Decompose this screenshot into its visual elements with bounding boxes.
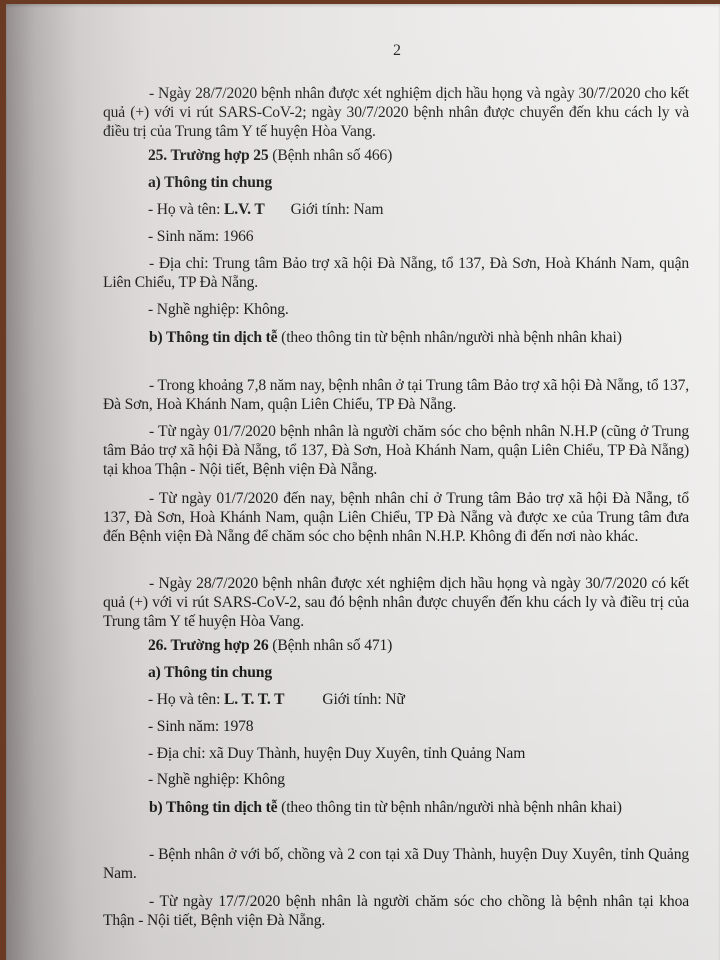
case-25-general-info-title: a) Thông tin chung [148,174,272,192]
case-26-epi-item: - Bệnh nhân ở với bố, chồng và 2 con tại… [103,845,689,883]
case-25-heading: 25. Trường hợp 25 (Bệnh nhân số 466) [148,147,392,165]
case-26-epi-title: b) Thông tin dịch tễ (theo thông tin từ … [103,798,689,817]
case-25-birth-year: - Sinh năm: 1966 [148,228,253,246]
case-25-occupation: - Nghề nghiệp: Không. [148,301,289,319]
case-26-name-gender: - Họ và tên: L. T. T. TGiới tính: Nữ [148,691,405,709]
case-26-address: - Địa chỉ: xã Duy Thành, huyện Duy Xuyên… [148,745,525,763]
case-26-gender: Giới tính: Nữ [322,691,404,708]
case-25-epi-title: b) Thông tin dịch tễ (theo thông tin từ … [103,328,689,347]
case-25-epi-item: - Ngày 28/7/2020 bệnh nhân được xét nghi… [103,574,689,631]
case-25-gender: Giới tính: Nam [291,201,384,218]
case-26-epi-item: - Từ ngày 17/7/2020 bệnh nhân là người c… [103,892,689,930]
case-26-occupation: - Nghề nghiệp: Không [148,771,285,789]
case-25-epi-item: - Từ ngày 01/7/2020 bệnh nhân là người c… [103,422,689,479]
case-26-heading: 26. Trường hợp 26 (Bệnh nhân số 471) [148,637,392,655]
case-26-general-info-title: a) Thông tin chung [148,664,272,682]
case-26-name: L. T. T. T [224,691,284,708]
page-number: 2 [393,42,401,60]
case-25-epi-item: - Từ ngày 01/7/2020 đến nay, bệnh nhân c… [103,489,689,546]
case-25-name-gender: - Họ và tên: L.V. TGiới tính: Nam [148,201,383,219]
case-25-name: L.V. T [224,201,265,218]
document-page: 2 - Ngày 28/7/2020 bệnh nhân được xét ng… [6,4,720,960]
case-26-birth-year: - Sinh năm: 1978 [148,718,253,736]
intro-paragraph: - Ngày 28/7/2020 bệnh nhân được xét nghi… [103,84,689,141]
case-25-epi-item: - Trong khoảng 7,8 năm nay, bệnh nhân ở … [103,376,689,414]
case-25-address: - Địa chỉ: Trung tâm Bảo trợ xã hội Đà N… [103,254,689,292]
